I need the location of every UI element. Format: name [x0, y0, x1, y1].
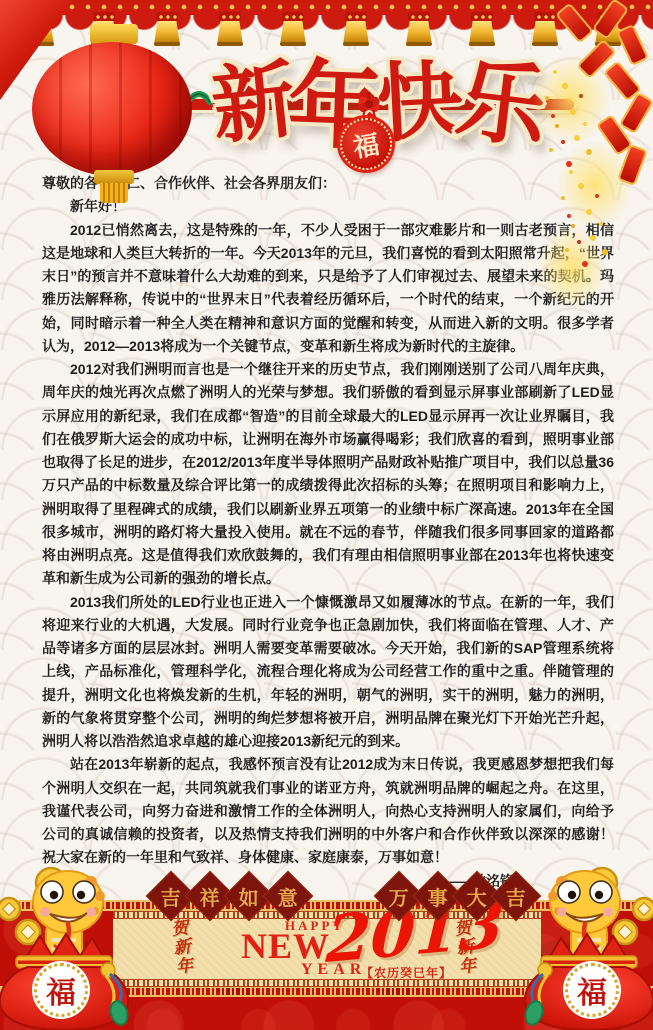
gold-sparkle-dots — [569, 170, 573, 174]
banner-char: 万 — [389, 882, 409, 911]
lantern-cap — [90, 24, 138, 44]
fu-medallion-icon: 福 — [340, 118, 392, 170]
fu-character: 福 — [577, 968, 607, 1012]
lantern-fringe — [100, 183, 128, 203]
fu-money-bag-badge: 福 — [34, 963, 88, 1017]
gold-sparkle-dots — [553, 70, 557, 74]
new-year-banner: 贺新年 贺新年 HAPPY NEW YEAR 2013 【农历癸巳年】 — [113, 911, 541, 987]
firecracker-icon — [616, 24, 649, 66]
banner-char: 祥 — [200, 882, 220, 911]
calligraphy-he-xin-nian: 贺新年 — [164, 918, 196, 983]
letter-paragraph: 站在2013年崭新的起点，我感怀预言没有让2012成为末日传说，我更感恩梦想把我… — [42, 753, 614, 869]
banner-char: 事 — [428, 882, 448, 911]
letter-paragraph: 2012对我们洲明而言也是一个继往开来的历史节点，我们刚刚送别了公司八周年庆典，… — [42, 358, 614, 591]
firecrackers-icon — [523, 0, 653, 320]
firecracker-icon — [555, 2, 594, 43]
banner-char: 大 — [467, 882, 487, 911]
banner-char: 如 — [239, 882, 259, 911]
red-lantern-icon — [28, 18, 200, 208]
fu-character: 福 — [350, 124, 382, 165]
fu-character: 福 — [46, 968, 76, 1012]
new-year-greeting-poster: 新 年 快 乐 福 尊敬的各位同仁、合作伙伴、社会各界朋友们： 新年好！ 201… — [0, 0, 653, 1030]
gold-sparkle — [537, 225, 607, 310]
lantern-cap — [94, 170, 134, 184]
fu-money-bag-badge: 福 — [565, 963, 619, 1017]
lantern-body — [32, 42, 192, 176]
letter-paragraph: 2013我们所处的LED行业也正进入一个慷慨激昂又如履薄冰的节点。在新的一年，我… — [42, 591, 614, 754]
lunar-year-label: 【农历癸巳年】 — [361, 964, 452, 981]
gold-sparkle — [557, 140, 633, 230]
banner-char: 意 — [278, 882, 298, 911]
banner-char: 吉 — [161, 882, 181, 911]
